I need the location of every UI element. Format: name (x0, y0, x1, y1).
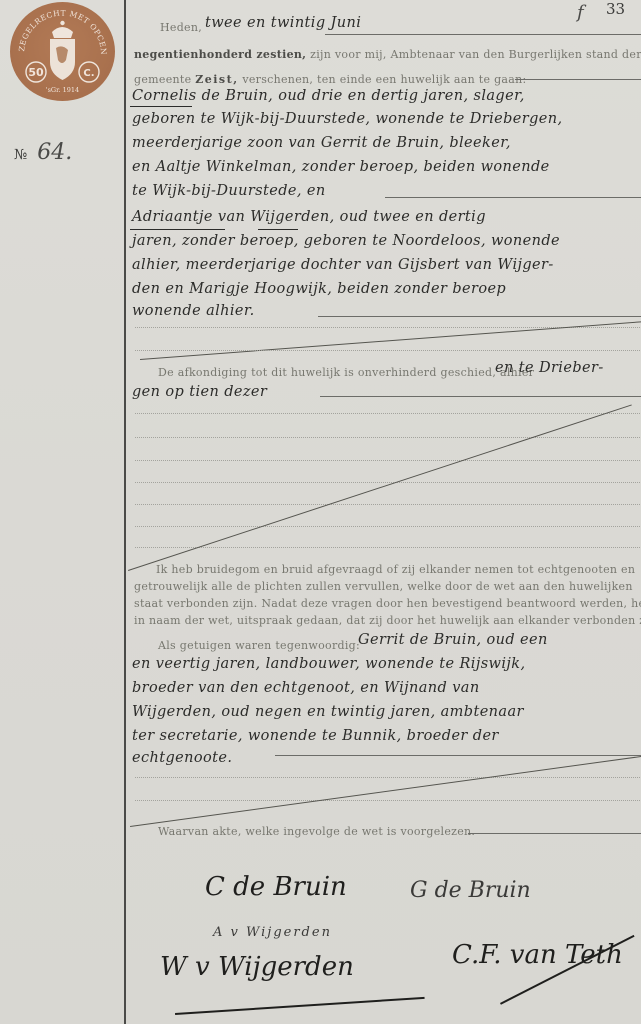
groom-line-4: en Aaltje Winkelman, zonder beroep, beid… (132, 159, 550, 175)
bride-line-4: den en Marigje Hoogwijk, beiden zonder b… (132, 281, 506, 297)
witness-line-2: en veertig jaren, landbouwer, wonende te… (132, 656, 526, 672)
bride-line-3: alhier, meerderjarige dochter van Gijsbe… (132, 257, 554, 273)
blank-line (135, 526, 640, 527)
blank-line (135, 504, 640, 505)
signature-flourish (175, 997, 425, 1015)
bride-line-2: jaren, zonder beroep, geboren te Noordel… (132, 233, 560, 249)
heden-label: Heden, (160, 21, 202, 34)
fill-line (468, 833, 641, 834)
fill-line (320, 396, 641, 397)
witness-line-1: Gerrit de Bruin, oud een (358, 632, 548, 648)
opening-line-3-rest: verschenen, ten einde een huwelijk aan t… (242, 73, 526, 86)
blank-line (135, 482, 640, 483)
bride-name-underline (130, 229, 225, 230)
fill-line (385, 197, 641, 198)
signature-witness-1: G de Bruin (410, 878, 531, 903)
year-text: negentienhonderd zestien, (134, 48, 306, 61)
svg-text:C.: C. (83, 68, 94, 79)
fill-line (318, 316, 641, 317)
proclamation-hand-2: gen op tien dezer (132, 384, 267, 400)
act-number-label: № (14, 147, 27, 163)
witness-line-3: broeder van den echtgenoot, en Wijnand v… (132, 680, 480, 696)
blank-line (135, 437, 640, 438)
opening-line-3: gemeente Zeist, verschenen, ten einde ee… (134, 73, 527, 86)
witness-line-6: echtgenoote. (132, 750, 232, 766)
act-number-value: 64. (37, 140, 72, 165)
date-handwritten: twee en twintig Juni (205, 15, 361, 31)
groom-line-5: te Wijk-bij-Duurstede, en (132, 183, 326, 199)
witness-line-5: ter secretarie, wonende te Bunnik, broed… (132, 728, 499, 744)
groom-name-underline (130, 106, 192, 107)
bride-line-1: Adriaantje van Wijgerden, oud twee en de… (132, 209, 486, 225)
signature-groom: C de Bruin (205, 872, 347, 902)
fill-line (515, 79, 641, 80)
signature-bride: A v Wijgerden (213, 925, 332, 940)
blank-line (135, 350, 640, 351)
declaration-line-3: staat verbonden zijn. Nadat deze vragen … (134, 597, 641, 610)
groom-line-1: Cornelis de Bruin, oud drie en dertig ja… (132, 88, 525, 104)
declaration-line-4: in naam der wet, uitspraak gedaan, dat z… (134, 614, 641, 627)
witnesses-label: Als getuigen waren tegenwoordig: (158, 639, 360, 652)
declaration-line-2: getrouwelijk alle de plichten zullen ver… (134, 580, 633, 593)
blank-line (135, 413, 640, 414)
svg-text:50: 50 (28, 66, 44, 79)
proclamation-text: De afkondiging tot dit huwelijk is onver… (158, 366, 534, 379)
groom-line-2: geboren te Wijk-bij-Duurstede, wonende t… (132, 111, 563, 127)
revenue-stamp: ZEGELRECHT MET OPCENTEN 50 C. 'sGr. 1914 (10, 2, 115, 101)
blank-line (135, 800, 640, 801)
opening-line-2-rest: zijn voor mij, Ambtenaar van den Burgerl… (310, 48, 641, 61)
margin-rule (124, 0, 126, 1024)
cancel-stroke (130, 755, 641, 827)
cancel-stroke (128, 404, 632, 570)
blank-line (135, 547, 640, 548)
act-number: №64. (14, 140, 72, 165)
opening-line-2: negentienhonderd zestien, zijn voor mij,… (134, 48, 641, 61)
svg-text:'sGr. 1914: 'sGr. 1914 (46, 86, 79, 94)
fill-line (325, 34, 641, 35)
bride-line-5: wonende alhier. (132, 303, 255, 319)
folio-number: 33 (606, 0, 625, 18)
declaration-line-1: Ik heb bruidegom en bruid afgevraagd of … (156, 563, 635, 576)
signature-witness-2: W v Wijgerden (160, 952, 354, 982)
blank-line (135, 777, 640, 778)
proclamation-hand-1: en te Drieber- (495, 360, 604, 376)
bride-surname-underline (258, 229, 298, 230)
blank-line (135, 460, 640, 461)
marriage-certificate-page: ZEGELRECHT MET OPCENTEN 50 C. 'sGr. 1914… (0, 0, 641, 1024)
closing-text: Waarvan akte, welke ingevolge de wet is … (158, 825, 475, 838)
stamp-seal-icon: ZEGELRECHT MET OPCENTEN 50 C. 'sGr. 1914 (10, 2, 115, 101)
witness-line-4: Wijgerden, oud negen en twintig jaren, a… (132, 704, 524, 720)
gemeente-label: gemeente (134, 73, 191, 86)
municipality: Zeist, (195, 73, 238, 86)
folio-mark: f (577, 2, 584, 23)
fill-line (275, 755, 641, 756)
groom-line-3: meerderjarige zoon van Gerrit de Bruin, … (132, 135, 511, 151)
